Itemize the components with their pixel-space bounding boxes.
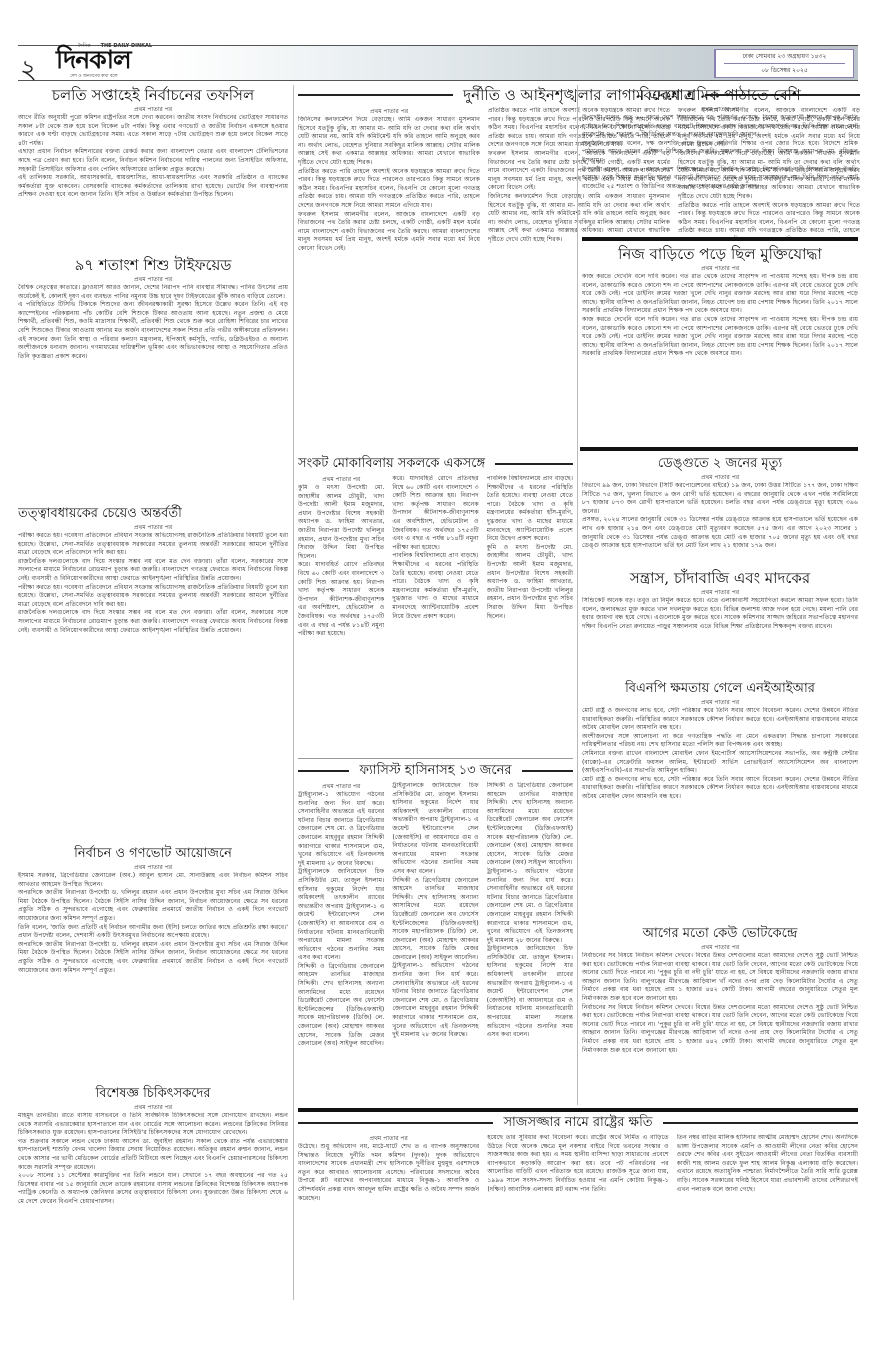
headline[interactable]: চলতি সপ্তাহেই নির্বাচনের তফসিল [18,85,288,105]
article-caretaker: তত্ত্বাবধায়কের চেয়েও অন্তর্বর্তী প্রথম… [18,505,288,862]
paragraph: ইসমাম সরকার, ব্রিগেডিয়ার জেনারেল (অব.) … [18,872,288,889]
paragraph: কাজ করতে দেখেনি বলে দাবি করেন। গত রাত থে… [582,273,858,316]
date-box: ঢাকা সোমবার ২৩ অগ্রহায়ণ ১৪৩২ ০৮ ডিসেম্ব… [714,49,854,78]
headline[interactable]: আগের মতো কেউ ভোটকেন্দ্রে [582,925,858,943]
article-muktijoddha: নিজ বাড়িতে পড়ে ছিল মুক্তিযোদ্ধা প্রথম … [582,237,858,443]
paragraph: অনুষ্ঠানে বক্তারা বলেন, দক্ষ জনশক্তি গড়… [582,140,858,166]
headline[interactable]: সংকট মোকাবিলায় সকলকে একসঙ্গে [298,455,485,473]
paragraph: বৈশ্বিক নেতৃত্বের কাতারে। ফ্লাওয়ার্স আর… [18,284,288,301]
continued-label: প্রথম পাতার পর [18,1103,288,1112]
continued-label: প্রথম পাতার পর [18,863,288,872]
paragraph: অপরদিকে জাতীয় নিরাপত্তা উপদেষ্টা ড. খলি… [18,941,288,975]
headline-rule [298,94,453,96]
headline-rule [495,463,573,465]
article-dengue: ডেঙ্গুতে ২ জনের মৃত্যু প্রথম পাতার পর বি… [582,455,858,565]
paragraph: ট্রাইব্যুনালকে জানিয়েছেন চিফ প্রসিকিউটর… [392,782,478,877]
paragraph: পাবলিক বিশ্ববিদ্যালয়ে প্রাণ বাড়ছে। শিক… [487,475,573,544]
paragraph: এছাড়া প্রধান নির্বাচন কমিশনারের বক্তব্য… [18,148,288,174]
continued-label: প্রথম পাতার পর [18,105,288,114]
continued-label: প্রথম পাতার পর [582,105,858,114]
continued-label: প্রথম পাতার পর [582,264,858,273]
paragraph: আগে রীতি অনুযায়ী পুরো কমিশন রাষ্ট্রপতির… [18,114,288,148]
paragraph: অপরদিকে জাতীয় নিরাপত্তা উপদেষ্টা ড. খলি… [18,889,288,923]
paragraph: বিভাগে ৯৯ জন, ঢাকা বিভাগে (সিটি করপোরেশন… [582,482,858,516]
continued-label: প্রথম পাতার পর [298,107,480,116]
paragraph: পরীক্ষা করতে হয়। গবেষণা প্রতিবেদনে প্রব… [18,532,288,558]
article-rajuk-plot: সাজসজ্জার নামে রাষ্ট্রের ক্ষতি প্রথম পাত… [298,1114,858,1300]
continued-label: প্রথম পাতার পর [582,588,858,597]
paragraph: এ পরিস্থিতিতে টিসিভি টিকাকে শিশুদের জন্য… [18,301,288,361]
logo-tagline: দেশ ও জনগণের কথা বলে [70,73,118,80]
column-divider [577,85,578,1105]
newspaper-page: ২ দৈনিকTHE DAILY DINKAL দিনকাল দেশ ও জনগ… [0,0,870,1352]
paragraph: ফখরুল ইসলাম আলমগীর বলেন, আজকে বাংলাদেশে … [298,211,480,254]
paragraph: নির্বাচনের সব বিষয়ে নির্বাচন কমিশন দেখব… [582,1004,858,1056]
continued-label: প্রথম পাতার পর [298,475,384,484]
paragraph: কুমি ও মৎস্য উপদেষ্টা মো. জাহাঙ্গীর আলম … [298,484,384,561]
paragraph: পরীক্ষা করতে হয়। গবেষণা প্রতিবেদনে প্রব… [18,584,288,610]
article-fascist-hasina: ফ্যাসিস্ট হাসিনাসহ ১৩ জনের প্রথম পাতার প… [298,762,573,1107]
headline[interactable]: বিএনপি ক্ষমতায় গেলে এনইআইআর [582,680,858,698]
article-voter-centre: আগের মতো কেউ ভোটকেন্দ্রে প্রথম পাতার পর … [582,925,858,1105]
headline[interactable]: ডেঙ্গুতে ২ জনের মৃত্যু [582,455,858,473]
continued-label: প্রথম পাতার পর [18,275,288,284]
logo-prefix: দৈনিক [78,43,91,49]
article-specialists: বিশেষজ্ঞ চিকিৎসকদের প্রথম পাতার পর মাহমু… [18,1085,288,1322]
article-bnp-power: বিএনপি ক্ষমতায় গেলে এনইআইআর প্রথম পাতার… [582,680,858,920]
paragraph: করে। যাদাবহির্ত রোগে প্রতিবছর বিশ্বে ৬০ … [392,475,478,552]
paragraph: পাবলিক বিশ্ববিদ্যালয়ে প্রাণ বাড়ছে। শিক… [392,552,478,621]
section-divider [580,447,858,451]
article-typhoid: ৯৭ শতাংশ শিশু টাইফয়েড প্রথম পাতার পর বৈ… [18,255,288,539]
paragraph: উপদেষ্টা বলেন, গত ৬০ বছরে দেশে শিক্ষাক্ষ… [582,166,858,192]
paragraph: নির্বাচনের সব বিষয়ে নির্বাচন কমিশন দেখব… [582,952,858,1004]
continued-label: প্রথম পাতার পর [18,523,288,532]
continued-label: প্রথম পাতার পর [298,782,384,791]
paragraph: তিনি বলেন, 'জাতি জন্য প্রতিটি এই নির্বাচ… [18,924,288,941]
headline[interactable]: সাজসজ্জার নামে রাষ্ট্রের ক্ষতি [503,1114,652,1132]
section-divider [298,758,573,759]
paragraph: এই তালিকায় সরকারি, আধাসরকারি, স্বায়ত্ত… [18,174,288,200]
headline-rule [298,770,349,772]
left-column: চলতি সপ্তাহেই নির্বাচনের তফসিল প্রথম পাত… [18,85,288,1352]
paragraph: রাজনৈতিক দলগুলোকে বাদ দিয়ে সংস্কার সম্ভ… [18,609,288,635]
newspaper-logo[interactable]: দৈনিকTHE DAILY DINKAL দিনকাল দেশ ও জনগণে… [56,46,131,74]
paragraph: অংশীজনদের সঙ্গে আলোচনা না করে গণতান্ত্রি… [582,733,858,750]
date-english: ০৮ ডিসেম্বর ২০২৫ [716,64,853,77]
headline[interactable]: ৯৭ শতাংশ শিশু টাইফয়েড [18,255,288,275]
section-divider [298,1108,858,1112]
right-column-top: বিদেশে শ্রমিক পাঠাতে বেশি প্রথম পাতার পর… [582,85,858,445]
paragraph: উপদেষ্টা বলেন, গত ৬০ বছরে দেশে শিক্ষাক্ষ… [582,114,858,140]
paragraph: প্রতিষ্ঠিত করতে পারি তাহলে অবশ্যই অনেক ষ… [298,168,480,211]
date-bangla: ঢাকা সোমবার ২৩ অগ্রহায়ণ ১৪৩২ [724,50,845,64]
paragraph: ট্রাইব্যুনাল-১ অভিযোগ গঠনের শুনানির জন্য… [487,868,573,945]
article-mobilization: সংকট মোকাবিলায় সকলকে একসঙ্গে প্রথম পাতা… [298,455,573,755]
paragraph: সিদ্দিকী ও ব্রিগেডিয়ার জেনারেল আহমেদ তা… [487,782,573,868]
article-terror-extortion: সন্ত্রাস, চাঁদাবাজি এবং মাদকের প্রথম পাত… [582,568,858,676]
paragraph: জিনিসের কনফার্মেশন দিয়ে বেড়াচ্ছে। আমি … [298,116,480,168]
paragraph: করে। যাদাবহির্ত রোগে প্রতিবছর বিশ্বে ৬০ … [298,561,384,638]
paragraph: উঠেছে। শুধু অভিযোগ নয়, মাঠে-ঘাটে শেখ ত … [298,1143,479,1203]
article-worker-export: বিদেশে শ্রমিক পাঠাতে বেশি প্রথম পাতার পর… [582,85,858,234]
masthead: ২ দৈনিকTHE DAILY DINKAL দিনকাল দেশ ও জনগ… [18,45,858,81]
paragraph: সিদ্দিকী ও ব্রিগেডিয়ার জেনারেল আহমেদ তা… [392,877,478,963]
paragraph: কুমি ও মৎস্য উপদেষ্টা মো. জাহাঙ্গীর আলম … [487,544,573,621]
headline[interactable]: তত্ত্বাবধায়কের চেয়েও অন্তর্বর্তী [18,505,288,523]
article-election-schedule: চলতি সপ্তাহেই নির্বাচনের তফসিল প্রথম পাত… [18,85,288,200]
paragraph: হয়েছে তার সুবিধার কথা বিবেচনা করে। রাস্… [487,1134,668,1194]
column-divider [293,85,294,1300]
paragraph: সেমিনারে বক্তব্য রাখেন বাংলাদেশ মোবাইল ফ… [582,750,858,776]
paragraph: ট্রাইব্যুনালকে জানিয়েছেন চিফ প্রসিকিউটর… [487,945,573,1040]
headline[interactable]: বিশেষজ্ঞ চিকিৎসকদের [18,1085,288,1103]
paragraph: রাজনৈতিক দলগুলোকে বাদ দিয়ে সংস্কার সম্ভ… [18,558,288,584]
paragraph: প্রসঙ্গত, ২০২৪ সালের জানুয়ারি থেকে ৩১ ড… [582,516,858,550]
continued-label: প্রথম পাতার পর [582,943,858,952]
continued-label: প্রথম পাতার পর [582,473,858,482]
continued-label: প্রথম পাতার পর [582,698,858,707]
headline-rule [298,1122,493,1124]
headline[interactable]: নির্বাচন ও গণভোট আয়োজনে [18,845,288,863]
headline-rule [522,770,573,772]
paragraph: মোট রাষ্ট্র ও জনগণের লাভ হবে, সেটা পরিষ্… [582,776,858,802]
paragraph: তিন নম্বর বাড়ির মালিক হাসিনার আত্মীয় ম… [677,1134,858,1194]
headline[interactable]: বিদেশে শ্রমিক পাঠাতে বেশি [582,85,858,105]
paragraph: ২০০৮ সালের ১১ সেপ্টেম্বর কারামুক্তির পর … [18,1172,288,1206]
paragraph: মাহমুদ তানভীর। রাতে বাসায় বাসভবনে ও তিন… [18,1112,288,1138]
article-election-preparation: নির্বাচন ও গণভোট আয়োজনে প্রথম পাতার পর … [18,845,288,1107]
continued-label: প্রথম পাতার পর [298,1134,479,1143]
paragraph: ট্রাইব্যুনালকে জানিয়েছেন চিফ প্রসিকিউটর… [298,868,384,963]
paragraph: ট্রাইব্যুনাল-১ অভিযোগ গঠনের শুনানির জন্য… [392,962,478,1039]
paragraph: গত শুক্রবার সকালে লন্ডন থেকে ঢাকায় আসেন… [18,1138,288,1172]
paragraph: সিদ্দিকী ও ব্রিগেডিয়ার জেনারেল আহমেদ তা… [298,963,384,1049]
paragraph: মোট রাষ্ট্র ও জনগণের লাভ হবে, সেটা পরিষ্… [582,707,858,733]
paragraph: সিন্ডিকেট অনেক বড়। তবুও তা নির্মূল করতে… [582,597,858,631]
paragraph: ট্রাইব্যুনাল-১ অভিযোগ গঠনের শুনানির জন্য… [298,791,384,868]
headline-rule [663,1122,858,1124]
logo-english: THE DAILY DINKAL [101,43,153,49]
paragraph: কাজ করতে দেখেনি বলে দাবি করেন। গত রাত থে… [582,316,858,359]
headline[interactable]: ফ্যাসিস্ট হাসিনাসহ ১৩ জনের [359,762,511,780]
headline[interactable]: সন্ত্রাস, চাঁদাবাজি এবং মাদকের [582,568,858,588]
headline[interactable]: নিজ বাড়িতে পড়ে ছিল মুক্তিযোদ্ধা [582,244,858,264]
